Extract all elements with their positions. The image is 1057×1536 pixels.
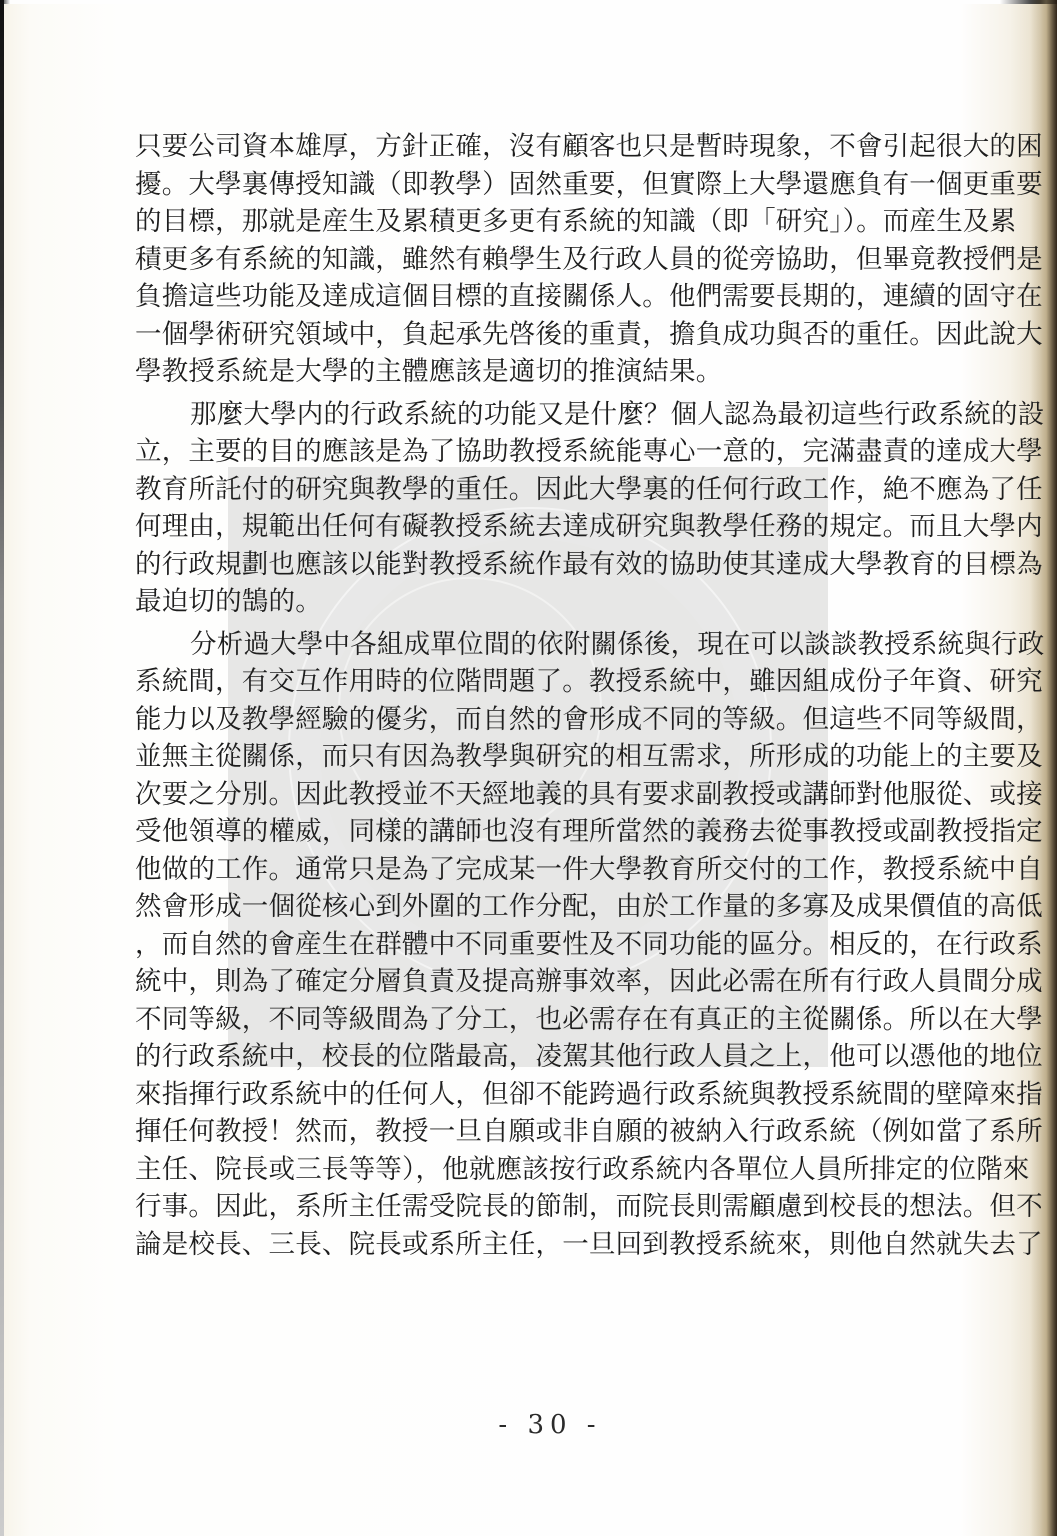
text-line: 一個學術研究領域中，負起承先啓後的重責，擔負成功與否的重任。因此說大 bbox=[135, 316, 1015, 354]
text-line: 的目標，那就是産生及累積更多更有系統的知識（即「研究」）。而産生及累 bbox=[135, 203, 1015, 241]
text-line: 負擔這些功能及達成這個目標的直接關係人。他們需要長期的，連續的固守在 bbox=[135, 278, 1015, 316]
text-line: 受他領導的權威，同樣的講師也沒有理所當然的義務去從事教授或副教授指定 bbox=[135, 813, 1015, 851]
text-line: 那麼大學内的行政系統的功能又是什麼？個人認為最初這些行政系統的設 bbox=[135, 396, 1015, 434]
text-line: 能力以及教學經驗的優劣，而自然的會形成不同的等級。但這些不同等級間， bbox=[135, 701, 1015, 739]
body-text: 只要公司資本雄厚，方針正確，沒有顧客也只是暫時現象，不會引起很大的困擾。大學裏傳… bbox=[135, 128, 1015, 1263]
text-line: 不同等級，不同等級間為了分工，也必需存在有真正的主從關係。所以在大學 bbox=[135, 1001, 1015, 1039]
text-line: 擾。大學裏傳授知識（即教學）固然重要，但實際上大學還應負有一個更重要 bbox=[135, 166, 1015, 204]
paragraph: 那麼大學内的行政系統的功能又是什麼？個人認為最初這些行政系統的設立，主要的目的應… bbox=[135, 396, 1015, 621]
text-line: 立，主要的目的應該是為了協助教授系統能專心一意的，完滿盡責的達成大學 bbox=[135, 433, 1015, 471]
text-line: 何理由，規範出任何有礙教授系統去達成研究與教學任務的規定。而且大學内 bbox=[135, 508, 1015, 546]
text-line: ，而自然的會産生在群體中不同重要性及不同功能的區分。相反的，在行政系 bbox=[135, 926, 1015, 964]
paragraph: 分析過大學中各組成單位間的依附關係後，現在可以談談教授系統與行政系統間，有交互作… bbox=[135, 626, 1015, 1264]
text-line: 並無主從關係，而只有因為教學與研究的相互需求，所形成的功能上的主要及 bbox=[135, 738, 1015, 776]
text-line: 的行政系統中，校長的位階最高，凌駕其他行政人員之上，他可以憑他的地位 bbox=[135, 1038, 1015, 1076]
text-line: 學教授系統是大學的主體應該是適切的推演結果。 bbox=[135, 353, 1015, 391]
text-line: 教育所託付的研究與教學的重任。因此大學裏的任何行政工作，絶不應為了任 bbox=[135, 471, 1015, 509]
page-left-edge bbox=[0, 0, 4, 1536]
text-line: 行事。因此，系所主任需受院長的節制，而院長則需顧慮到校長的想法。但不 bbox=[135, 1188, 1015, 1226]
text-line: 主任、院長或三長等等），他就應該按行政系統内各單位人員所排定的位階來 bbox=[135, 1151, 1015, 1189]
text-line: 分析過大學中各組成單位間的依附關係後，現在可以談談教授系統與行政 bbox=[135, 626, 1015, 664]
text-line: 的行政規劃也應該以能對教授系統作最有效的協助使其達成大學教育的目標為 bbox=[135, 546, 1015, 584]
text-line: 統中，則為了確定分層負責及提高辦事效率，因此必需在所有行政人員間分成 bbox=[135, 963, 1015, 1001]
text-line: 揮任何教授！然而，教授一旦自願或非自願的被納入行政系統（例如當了系所 bbox=[135, 1113, 1015, 1151]
page-number: - 30 - bbox=[0, 1410, 1057, 1440]
text-line: 然會形成一個從核心到外圍的工作分配，由於工作量的多寡及成果價值的高低 bbox=[135, 888, 1015, 926]
text-line: 積更多有系統的知識，雖然有賴學生及行政人員的從旁協助，但畢竟教授們是 bbox=[135, 241, 1015, 279]
paragraph: 只要公司資本雄厚，方針正確，沒有顧客也只是暫時現象，不會引起很大的困擾。大學裏傳… bbox=[135, 128, 1015, 391]
text-line: 他做的工作。通常只是為了完成某一件大學教育所交付的工作，教授系統中自 bbox=[135, 851, 1015, 889]
page-top-edge bbox=[0, 0, 1057, 4]
text-line: 來指揮行政系統中的任何人，但卻不能跨過行政系統與教授系統間的壁障來指 bbox=[135, 1076, 1015, 1114]
text-line: 次要之分別。因此教授並不天經地義的具有要求副教授或講師對他服從、或接 bbox=[135, 776, 1015, 814]
text-line: 只要公司資本雄厚，方針正確，沒有顧客也只是暫時現象，不會引起很大的困 bbox=[135, 128, 1015, 166]
text-line: 論是校長、三長、院長或系所主任，一旦回到教授系統來，則他自然就失去了 bbox=[135, 1226, 1015, 1264]
text-line: 系統間，有交互作用時的位階問題了。教授系統中，雖因組成份子年資、研究 bbox=[135, 663, 1015, 701]
text-line: 最迫切的鵠的。 bbox=[135, 583, 1015, 621]
scanned-page: 只要公司資本雄厚，方針正確，沒有顧客也只是暫時現象，不會引起很大的困擾。大學裏傳… bbox=[0, 0, 1057, 1536]
